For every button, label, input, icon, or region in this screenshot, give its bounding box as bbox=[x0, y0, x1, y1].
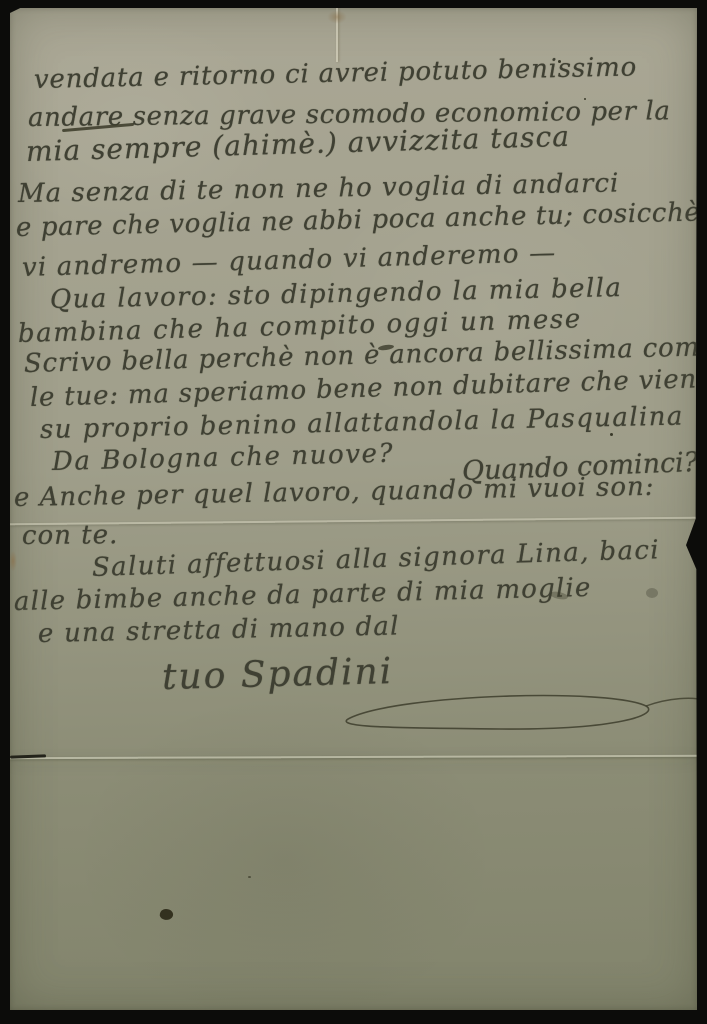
ink-speck bbox=[584, 98, 586, 100]
scan-frame: vendata e ritorno ci avrei potuto beniss… bbox=[0, 0, 707, 1024]
ink-speck bbox=[558, 60, 561, 63]
ink-blot bbox=[159, 907, 175, 921]
letter-line: Da Bologna che nuove? bbox=[52, 440, 395, 478]
ink-speck bbox=[248, 876, 251, 878]
stain-left-edge bbox=[8, 548, 18, 574]
letter-page: vendata e ritorno ci avrei potuto beniss… bbox=[10, 8, 697, 1010]
fold-crease-lower bbox=[10, 755, 697, 759]
signature-flourish bbox=[310, 684, 707, 744]
letter-line: e Anche per quel lavoro, quando mi vuoi … bbox=[14, 473, 655, 514]
letter-line: con te. bbox=[22, 521, 119, 552]
stain-top-center bbox=[324, 8, 350, 26]
ink-speck bbox=[610, 433, 613, 436]
letter-line: e una stretta di mano dal bbox=[38, 612, 400, 649]
ink-speck bbox=[340, 218, 342, 221]
ink-smudge bbox=[646, 588, 658, 598]
letter-line: vendata e ritorno ci avrei potuto beniss… bbox=[34, 53, 638, 96]
